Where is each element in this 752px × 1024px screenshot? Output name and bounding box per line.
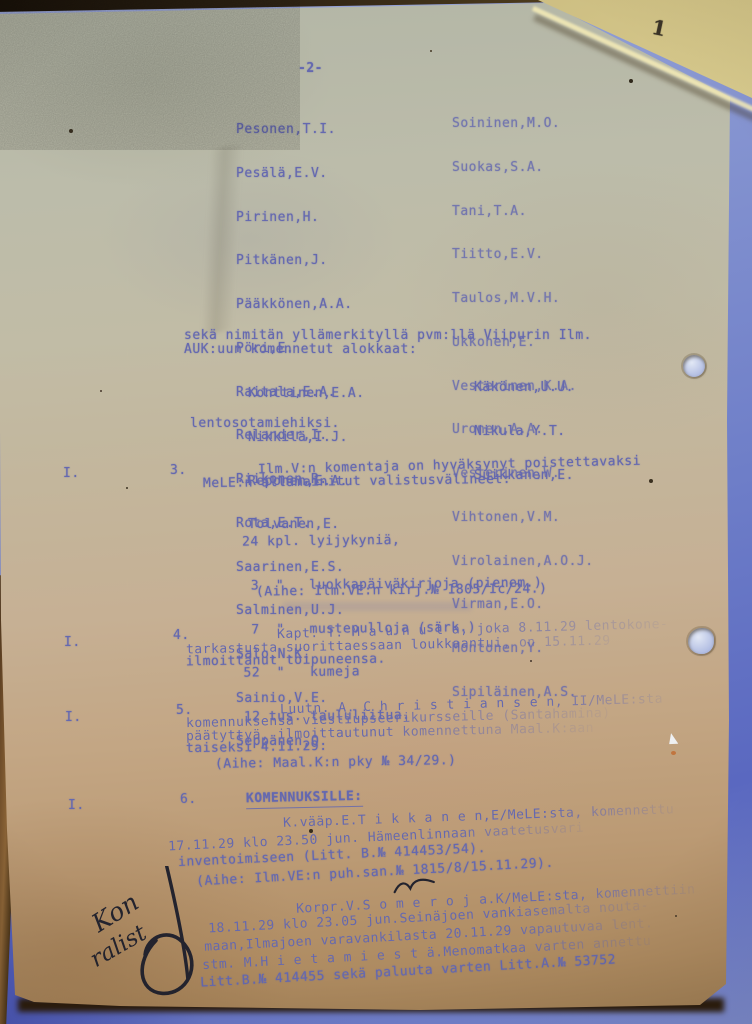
paper-chip (667, 732, 679, 746)
appointment-intro-line2: AUK:uun komennetut alokkaat: (184, 343, 417, 358)
rust-spot (671, 751, 676, 755)
section-5-margin-mark: I. (65, 711, 82, 726)
appointment-right-column: Käkönen,U.U. Nikula,Y.T. Suikkanen,E. (474, 352, 574, 512)
roster-name: Käkönen,U.U. (474, 381, 574, 396)
page-number: -2- (298, 62, 323, 77)
roster-name: Pirinen,H. (236, 211, 353, 226)
section-6-number: 6. (180, 793, 197, 808)
section-3-margin-mark: I. (63, 467, 80, 482)
roster-name: Tiitto,E.V. (452, 248, 594, 263)
section-4-margin-mark: I. (64, 636, 81, 651)
roster-name: Pesälä,E.V. (236, 167, 353, 182)
roster-name: Nikkilä,I.J. (248, 431, 365, 446)
section-6-margin-mark: I. (68, 799, 85, 814)
section-5-line: taiseksi 4.11.29. (186, 740, 328, 757)
handwritten-flourish (136, 866, 216, 978)
document-page: -2- Pesonen,T.I. Pesälä,E.V. Pirinen,H. … (0, 0, 752, 1024)
punch-hole-top (683, 355, 705, 377)
handwritten-note: Kon ralist (76, 866, 236, 1006)
roster-name: Suokas,S.A. (452, 161, 594, 176)
roster-name: Tani,T.A. (452, 205, 594, 220)
roster-name: Pitkänen,J. (236, 254, 353, 269)
archival-photo: -2- Pesonen,T.I. Pesälä,E.V. Pirinen,H. … (0, 0, 752, 1024)
roster-name: Soininen,M.O. (452, 117, 594, 132)
section-3-number: 3. (170, 464, 187, 479)
handwritten-proof-mark (391, 874, 439, 897)
roster-name: Nikula,Y.T. (474, 425, 574, 440)
section-4-line: ilmoittanut toipuneensa. (186, 653, 386, 670)
punch-hole-bottom (688, 628, 714, 654)
roster-name: Taulos,M.V.H. (452, 292, 594, 307)
section-4-number: 4. (173, 629, 190, 644)
section-6-heading: KOMENNUKSILLE: (246, 790, 363, 809)
roster-name: Pääkkönen,A.A. (236, 298, 353, 313)
roster-name: Konttinen,E.A. (248, 387, 365, 402)
section-5-reference: (Aihe: Maal.K:n pky № 34/29.) (215, 754, 457, 772)
inventory-item: 24 kpl. lyijykyniä, (242, 533, 542, 551)
ghost-print (282, 602, 472, 611)
roster-name: Pesonen,T.I. (236, 123, 353, 138)
appointment-closing: lentosotamiehiksi. (190, 417, 340, 432)
section-3-reference: (Aihe: Ilm.VE:n kirj.№ 1805/Ic/24.) (256, 582, 548, 600)
